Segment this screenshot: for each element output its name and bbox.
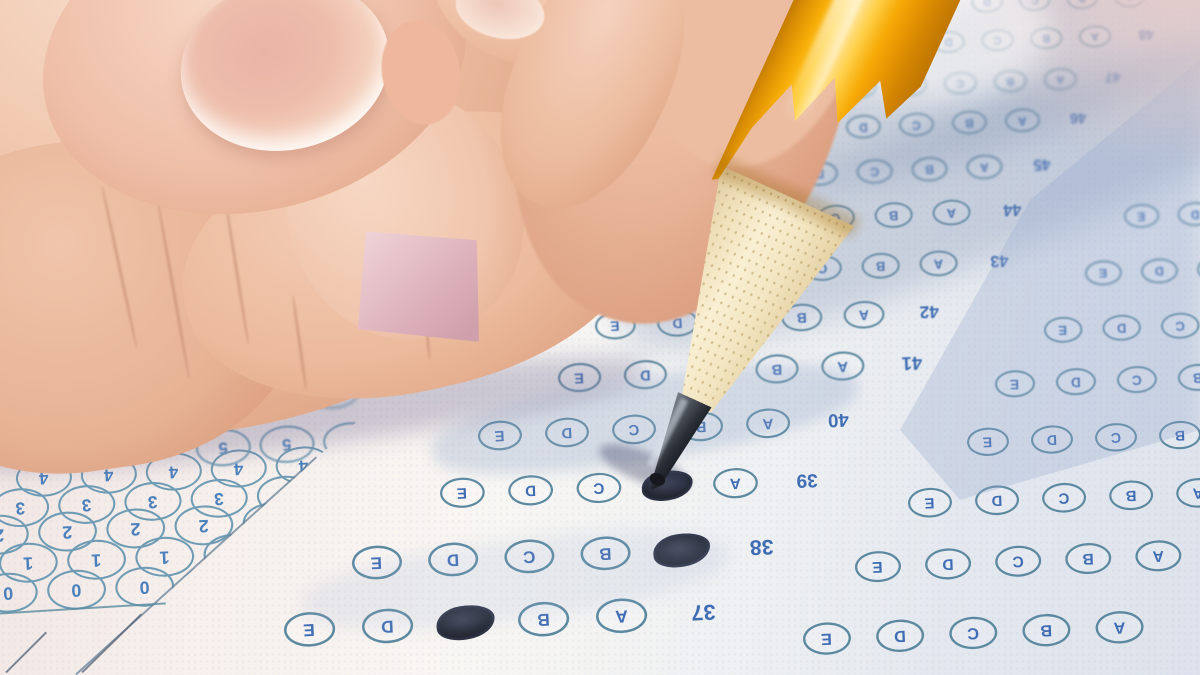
bubble-E: E: [967, 427, 1010, 457]
bubble-letter: D: [1191, 208, 1200, 220]
bubble-D: D: [925, 548, 972, 581]
bubble-letter: D: [942, 556, 954, 572]
bubble-letter: B: [1126, 488, 1137, 503]
bubble-letter: C: [967, 625, 979, 642]
bubble-E: E: [1044, 316, 1083, 343]
bubble-D: D: [1102, 314, 1141, 341]
bubble-letter: C: [1111, 430, 1122, 445]
bubble-letter: E: [1010, 377, 1019, 391]
question-row: E D C B A: [802, 608, 1200, 656]
question-row: E D C B A: [907, 475, 1200, 518]
bubble-E: E: [907, 487, 952, 518]
bubble-letter: E: [872, 559, 883, 575]
bubble-A: A: [1135, 539, 1182, 572]
question-row: E D C B A: [1044, 306, 1200, 343]
question-row: E D C B A: [995, 359, 1200, 398]
bubble-D: D: [1055, 367, 1096, 395]
bubble-letter: A: [1113, 619, 1125, 636]
bubble-E: E: [995, 370, 1036, 398]
bubble-letter: D: [894, 627, 906, 644]
bubble-D: D: [975, 485, 1020, 516]
bubble-letter: B: [1082, 551, 1094, 567]
question-row: E D C B A: [1124, 194, 1200, 228]
bubble-B: B: [1022, 613, 1071, 647]
bubble-letter: D: [1117, 321, 1127, 334]
bubble-letter: E: [925, 495, 935, 510]
bubble-letter: E: [1059, 323, 1068, 336]
bubble-A: A: [1176, 477, 1200, 508]
bubble-letter: C: [1012, 553, 1024, 569]
bubble-letter: D: [991, 493, 1002, 508]
question-row: E D C B A: [854, 537, 1200, 583]
bubble-E: E: [1124, 203, 1160, 228]
bubble-letter: E: [1099, 267, 1108, 280]
bubble-E: E: [802, 621, 851, 655]
question-row: E D C B A: [1085, 250, 1200, 286]
bubble-B: B: [1177, 363, 1200, 391]
bubble-letter: B: [1193, 370, 1200, 384]
bubble-letter: E: [1137, 210, 1145, 222]
bubble-E: E: [1085, 260, 1123, 286]
bubble-D: D: [1141, 258, 1179, 284]
bubble-letter: B: [1040, 622, 1052, 639]
bubble-D: D: [1031, 425, 1074, 455]
bubble-letter: A: [1193, 485, 1200, 500]
bubble-letter: C: [1175, 319, 1185, 332]
question-number: [1181, 624, 1200, 625]
bubble-D: D: [1177, 202, 1200, 227]
bubble-C: C: [949, 616, 998, 650]
bubble-B: B: [1109, 480, 1154, 511]
question-row: E D C B A: [967, 416, 1200, 457]
bubble-letter: C: [1058, 490, 1069, 505]
bubble-E: E: [854, 550, 901, 583]
bubble-letter: D: [1155, 265, 1164, 278]
bubble-C: C: [1095, 422, 1138, 452]
bubble-C: C: [1042, 482, 1087, 513]
bubble-C: C: [1161, 312, 1200, 339]
bubble-letter: E: [983, 435, 993, 449]
bubble-A: A: [1095, 610, 1144, 644]
bubble-letter: A: [1152, 548, 1164, 564]
bubble-letter: D: [1047, 432, 1058, 447]
bubble-B: B: [1159, 420, 1200, 450]
bubble-letter: D: [1071, 375, 1081, 389]
bubble-D: D: [876, 619, 925, 653]
bubble-letter: E: [821, 630, 832, 647]
scantron-photo-scene: 5 5 5 5 5 4 4 4 4 4 3 3 3 3 3: [0, 0, 1200, 675]
bubble-letter: B: [1175, 428, 1186, 443]
bubble-letter: C: [1132, 373, 1142, 387]
bubble-C: C: [995, 545, 1042, 578]
bubble-B: B: [1065, 542, 1112, 575]
bubble-C: C: [1116, 365, 1157, 393]
